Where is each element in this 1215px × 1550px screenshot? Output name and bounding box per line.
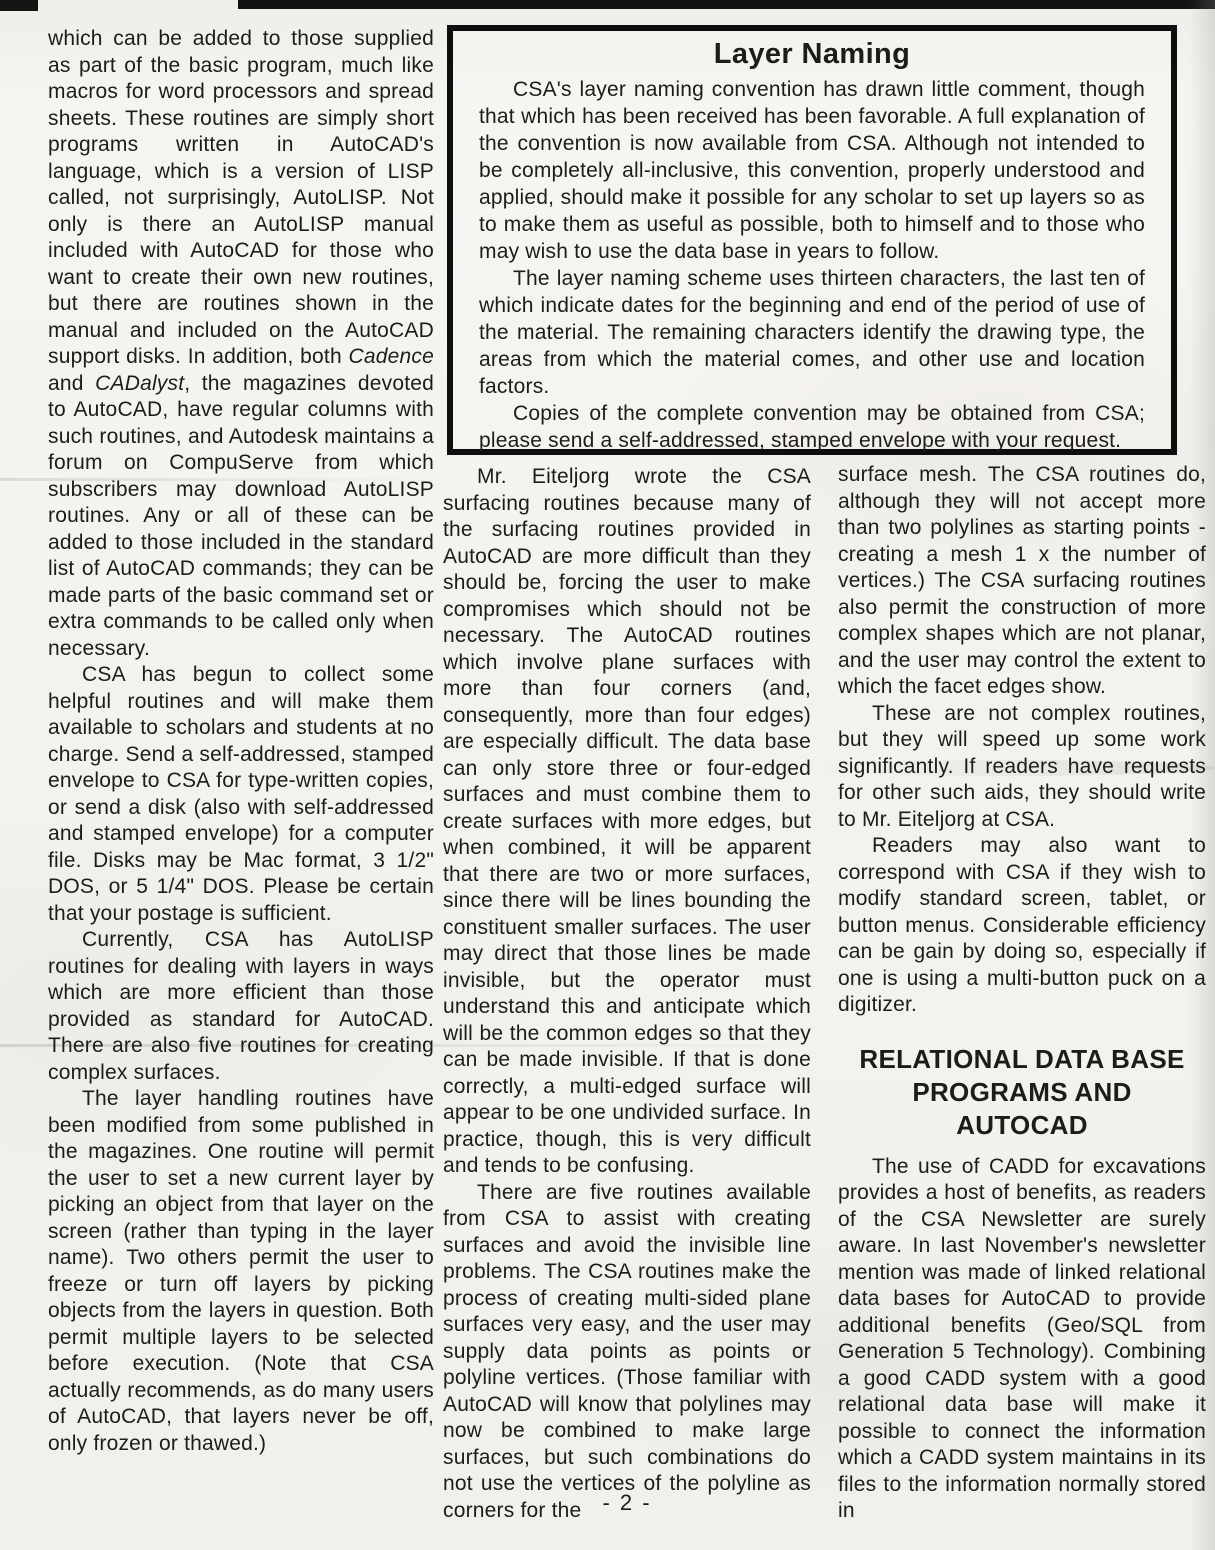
left-paragraph-1-text: , the magazines devoted to AutoCAD, have… <box>48 372 434 660</box>
left-column: which can be added to those supplied as … <box>48 26 434 1457</box>
left-paragraph-3: Currently, CSA has AutoLISP routines for… <box>48 927 434 1086</box>
right-paragraph-2: These are not complex routines, but they… <box>838 701 1206 834</box>
section-heading-relational-data-base: RELATIONAL DATA BASE PROGRAMS AND AUTOCA… <box>838 1043 1206 1142</box>
right-paragraph-1: surface mesh. The CSA routines do, altho… <box>838 462 1206 701</box>
left-paragraph-1: which can be added to those supplied as … <box>48 26 434 662</box>
magazine-title-cadence: Cadence <box>349 345 434 368</box>
magazine-title-cadalyst: CADalyst <box>95 372 184 395</box>
scanned-newsletter-page: { "page": { "number": "- 2 -" }, "left_c… <box>0 0 1215 1550</box>
left-paragraph-2: CSA has begun to collect some helpful ro… <box>48 662 434 927</box>
scan-artifact-top-bar <box>238 0 1215 9</box>
layer-naming-paragraph-1: CSA's layer naming convention has drawn … <box>479 76 1145 265</box>
middle-column: Mr. Eiteljorg wrote the CSA surfacing ro… <box>443 464 811 1524</box>
section-heading-line: PROGRAMS AND <box>838 1076 1206 1109</box>
middle-paragraph-2: There are five routines available from C… <box>443 1180 811 1525</box>
left-paragraph-1-text: which can be added to those supplied as … <box>48 27 434 368</box>
right-paragraph-4: The use of CADD for excavations provides… <box>838 1154 1206 1525</box>
layer-naming-box: Layer Naming CSA's layer naming conventi… <box>447 25 1177 455</box>
layer-naming-paragraph-3: Copies of the complete convention may be… <box>479 400 1145 454</box>
section-heading-line: RELATIONAL DATA BASE <box>838 1043 1206 1076</box>
layer-naming-paragraph-2: The layer naming scheme uses thirteen ch… <box>479 265 1145 400</box>
right-paragraph-3: Readers may also want to correspond with… <box>838 833 1206 1019</box>
left-paragraph-4: The layer handling routines have been mo… <box>48 1086 434 1457</box>
layer-naming-title: Layer Naming <box>479 41 1145 68</box>
middle-paragraph-1: Mr. Eiteljorg wrote the CSA surfacing ro… <box>443 464 811 1180</box>
right-column: surface mesh. The CSA routines do, altho… <box>838 462 1206 1525</box>
left-paragraph-1-text: and <box>48 372 95 395</box>
scan-artifact-top-left-mark <box>0 0 38 11</box>
page-number: - 2 - <box>443 1490 811 1516</box>
section-heading-line: AUTOCAD <box>838 1109 1206 1142</box>
